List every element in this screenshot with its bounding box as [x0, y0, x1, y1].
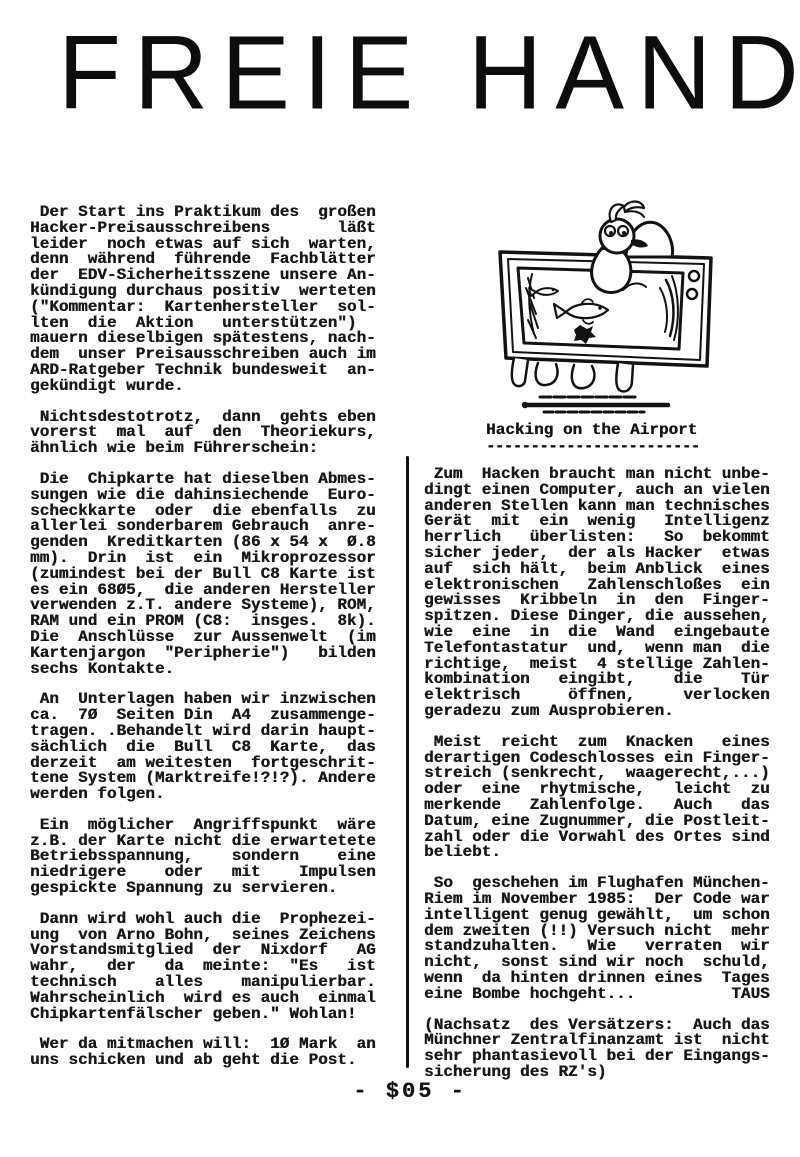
- paragraph: Dann wird wohl auch die Prophezei- ung v…: [30, 912, 400, 1023]
- paragraph: Der Start ins Praktikum des großen Hacke…: [30, 205, 400, 395]
- column-divider-rule: [406, 456, 409, 1068]
- scanned-magazine-page: FREIE HAND Der Start ins Praktikum des g…: [0, 0, 800, 1157]
- paragraph: Nichtsdestotrotz, dann gehts eben vorers…: [30, 410, 400, 457]
- bird-on-tv-illustration: [478, 200, 740, 420]
- paragraph: Meist reicht zum Knacken eines derartige…: [424, 735, 796, 861]
- right-column: Hacking on the Airport -----------------…: [424, 198, 796, 1096]
- paragraph: So geschehen im Flughafen München- Riem …: [424, 876, 796, 1002]
- paragraph: (Nachsatz des Versätzers: Auch das Münch…: [424, 1018, 796, 1081]
- paragraph: An Unterlagen haben wir inzwischen ca. 7…: [30, 692, 400, 803]
- paragraph: Ein möglicher Angriffspunkt wäre z.B. de…: [30, 818, 400, 897]
- caption-underline-dashes: ------------------------: [486, 438, 796, 454]
- paragraph: Zum Hacken braucht man nicht unbe- dingt…: [424, 467, 796, 720]
- page-title: FREIE HAND: [58, 22, 800, 124]
- bird-tv-drawing-svg: [478, 200, 740, 415]
- paragraph: Wer da mitmachen will: 1Ø Mark an uns sc…: [30, 1037, 400, 1069]
- page-number: - $05 -: [0, 1079, 800, 1104]
- paragraph: Die Chipkarte hat dieselben Abmes- sunge…: [30, 472, 400, 677]
- illustration-caption: Hacking on the Airport: [486, 422, 796, 438]
- left-column: Der Start ins Praktikum des großen Hacke…: [30, 198, 400, 1084]
- right-column-text: Zum Hacken braucht man nicht unbe- dingt…: [424, 467, 796, 1081]
